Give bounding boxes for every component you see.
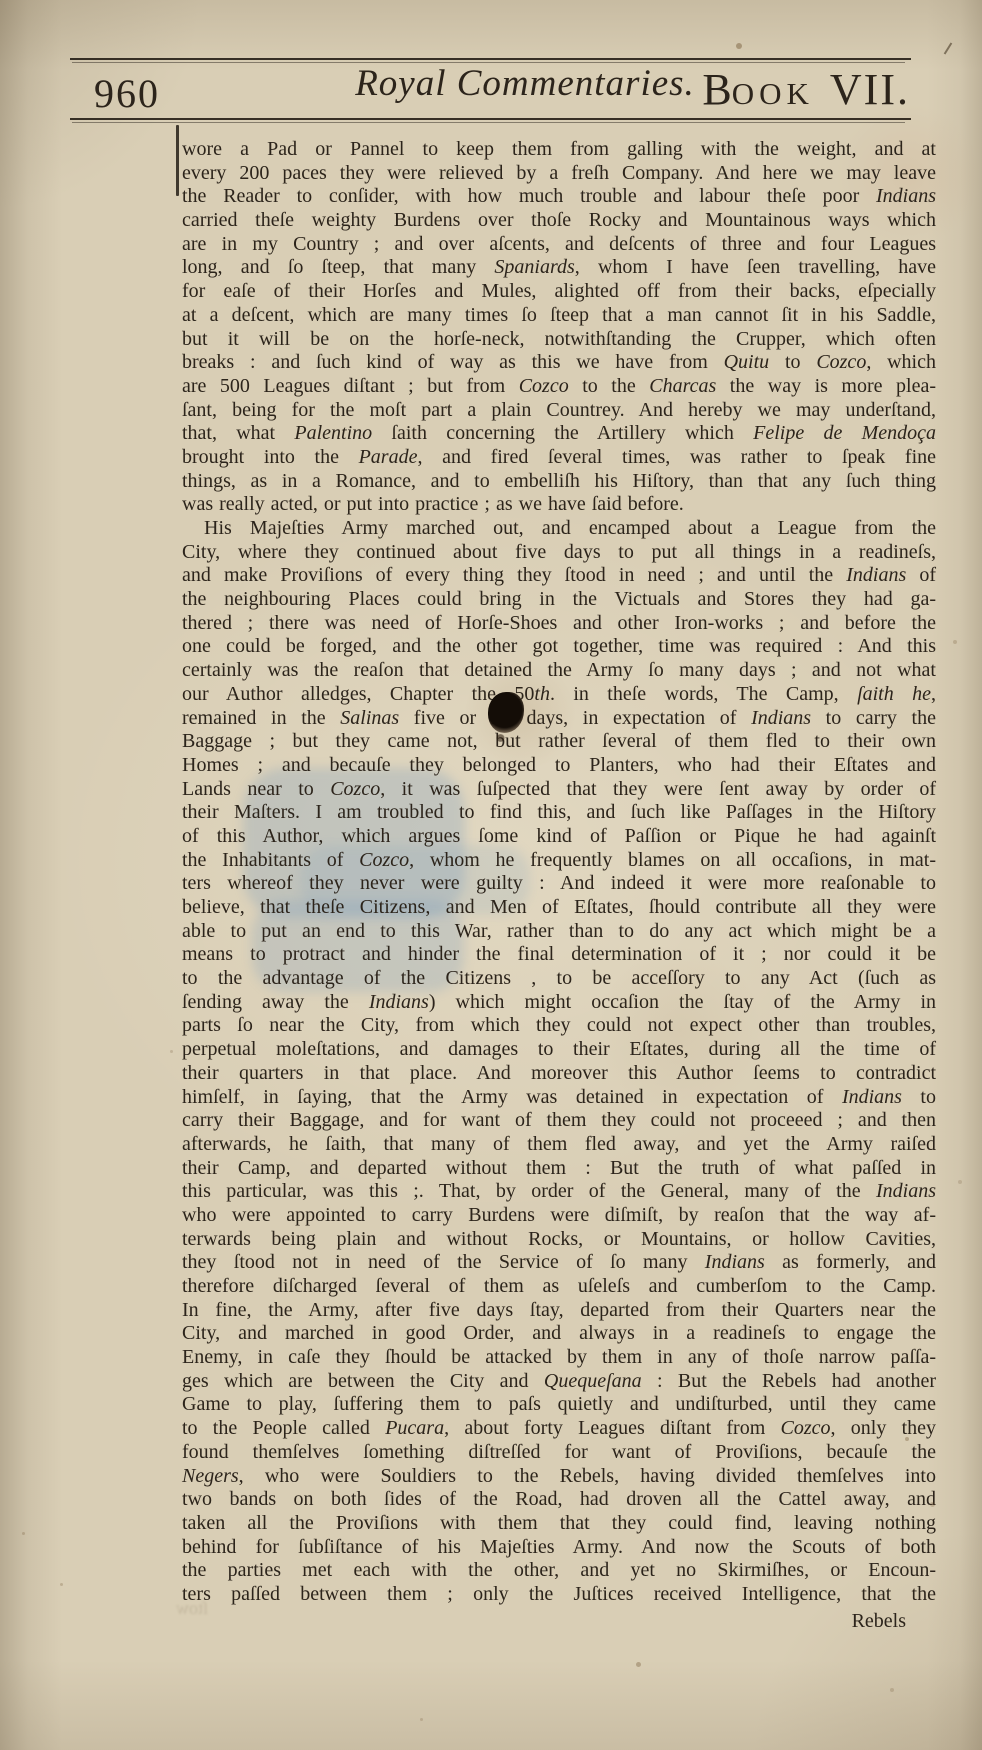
text-line: their Camp, and departed without them : … xyxy=(182,1157,936,1181)
text-line: found themſelves ſomething diſtreſſed fo… xyxy=(182,1441,936,1465)
text-line: His Majeſties Army marched out, and enca… xyxy=(182,517,936,541)
text-line: for eaſe of their Horſes and Mules, alig… xyxy=(182,280,936,304)
book-label-rest: OOK xyxy=(732,76,814,111)
text-line: behind for ſubſiſtance of his Majeſties … xyxy=(182,1536,936,1560)
text-line: means to protract and hinder the final d… xyxy=(182,943,936,967)
text-line: remained in the Salinas five or ſix days… xyxy=(182,707,936,731)
foxing-spot xyxy=(890,1688,894,1692)
text-line: was really acted, or put into practice ;… xyxy=(182,493,936,517)
text-line: believe, that theſe Citizens, and Men of… xyxy=(182,896,936,920)
text-line: City, and marched in good Order, and alw… xyxy=(182,1322,936,1346)
text-line: our Author alledges, Chapter the 50th. i… xyxy=(182,683,936,707)
text-line: who were appointed to carry Burdens were… xyxy=(182,1204,936,1228)
header-rule-top xyxy=(70,58,911,60)
foxing-spot xyxy=(636,1662,641,1667)
text-line: Lands near to Cozco, it was ſuſpected th… xyxy=(182,778,936,802)
text-line: parts ſo near the City, from which they … xyxy=(182,1014,936,1038)
foxing-spot xyxy=(420,1718,423,1721)
text-line: terwards being plain and without Rocks, … xyxy=(182,1228,936,1252)
text-line: breaks : and ſuch kind of way as this we… xyxy=(182,351,936,375)
running-title: Royal Commentaries. xyxy=(355,62,695,105)
text-line: things, as in a Romance, and to embelliſ… xyxy=(182,470,936,494)
book-label-initial: B xyxy=(702,65,731,114)
text-line: ters whereof they never were guilty : An… xyxy=(182,872,936,896)
text-line: long, and ſo ſteep, that many Spaniards,… xyxy=(182,256,936,280)
text-line: City, where they continued about five da… xyxy=(182,541,936,565)
text-line: the neighbouring Places could bring in t… xyxy=(182,588,936,612)
text-line: to the advantage of the Citizens , to be… xyxy=(182,967,936,991)
margin-mark xyxy=(176,125,179,196)
text-line: taken all the Proviſions with them that … xyxy=(182,1512,936,1536)
page-number: 960 xyxy=(94,70,160,117)
text-line: wore a Pad or Pannel to keep them from g… xyxy=(182,138,936,162)
foxing-spot xyxy=(60,1583,63,1586)
pen-mark-artifact xyxy=(944,42,953,54)
text-line: Homes ; and becauſe they belonged to Pla… xyxy=(182,754,936,778)
body-text: wore a Pad or Pannel to keep them from g… xyxy=(182,138,936,1607)
text-line: ges which are between the City and Quequ… xyxy=(182,1370,936,1394)
foxing-spot xyxy=(905,1437,909,1441)
book-numeral: VII. xyxy=(830,65,910,114)
foxing-spot xyxy=(958,1180,962,1184)
text-line: this particular, was this ;. That, by or… xyxy=(182,1180,936,1204)
text-line: ſending away the Indians) which might oc… xyxy=(182,991,936,1015)
book-label: BOOKVII. xyxy=(702,64,910,115)
text-line: brought into the Parade, and fired ſever… xyxy=(182,446,936,470)
header-rule-bottom xyxy=(70,118,911,120)
text-line: In fine, the Army, after five days ſtay,… xyxy=(182,1299,936,1323)
text-line: are 500 Leagues diſtant ; but from Cozco… xyxy=(182,375,936,399)
text-line: ſant, being for the moſt part a plain Co… xyxy=(182,399,936,423)
text-line: one could be forged, and the other got t… xyxy=(182,635,936,659)
text-line: but it will be on the horſe-neck, notwit… xyxy=(182,328,936,352)
text-line: Enemy, in caſe they ſhould be attacked b… xyxy=(182,1346,936,1370)
text-line: afterwards, he ſaith, that many of them … xyxy=(182,1133,936,1157)
text-line: at a deſcent, which are many times ſo ſt… xyxy=(182,304,936,328)
text-line: to the People called Pucara, about forty… xyxy=(182,1417,936,1441)
text-line: the Reader to conſider, with how much tr… xyxy=(182,185,936,209)
text-line: their quarters in that place. And moreov… xyxy=(182,1062,936,1086)
text-line: Game to play, ſuffering them to paſs qui… xyxy=(182,1393,936,1417)
text-line: the parties met each with the other, and… xyxy=(182,1559,936,1583)
text-line: that, what Palentino ſaith concerning th… xyxy=(182,422,936,446)
text-line: every 200 paces they were relieved by a … xyxy=(182,162,936,186)
text-line: two bands on both ſides of the Road, had… xyxy=(182,1488,936,1512)
text-line: are in my Country ; and over aſcents, an… xyxy=(182,233,936,257)
foxing-spot xyxy=(953,640,957,644)
text-line: perpetual moleſtations, and damages to t… xyxy=(182,1038,936,1062)
foxing-spot xyxy=(170,1050,173,1053)
text-line: Baggage ; but they came not, but rather … xyxy=(182,730,936,754)
text-line: carry their Baggage, and for want of the… xyxy=(182,1109,936,1133)
text-line: and make Proviſions of every thing they … xyxy=(182,564,936,588)
text-line: Negers, who were Souldiers to the Rebels… xyxy=(182,1465,936,1489)
text-line: therefore diſcharged ſeveral of them as … xyxy=(182,1275,936,1299)
text-line: carried theſe weighty Burdens over thoſe… xyxy=(182,209,936,233)
text-line: their Maſters. I am troubled to find thi… xyxy=(182,801,936,825)
text-line: himſelf, in ſaying, that the Army was de… xyxy=(182,1086,936,1110)
foxing-spot xyxy=(736,43,742,49)
catchword: Rebels xyxy=(852,1610,906,1633)
text-line: ters paſſed between them ; only the Juſt… xyxy=(182,1583,936,1607)
text-line: certainly was the reaſon that detained t… xyxy=(182,659,936,683)
text-line: thered ; there was need of Horſe-Shoes a… xyxy=(182,612,936,636)
text-line: they ſtood not in need of the Service of… xyxy=(182,1251,936,1275)
text-line: the Inhabitants of Cozco, whom he freque… xyxy=(182,849,936,873)
book-page: ſtow 960 Royal Commentaries. BOOKVII. wo… xyxy=(0,0,982,1750)
text-line: of this Author, which argues ſome kind o… xyxy=(182,825,936,849)
foxing-spot xyxy=(930,1502,935,1507)
text-line: able to put an end to this War, rather t… xyxy=(182,920,936,944)
foxing-spot xyxy=(22,1532,25,1535)
